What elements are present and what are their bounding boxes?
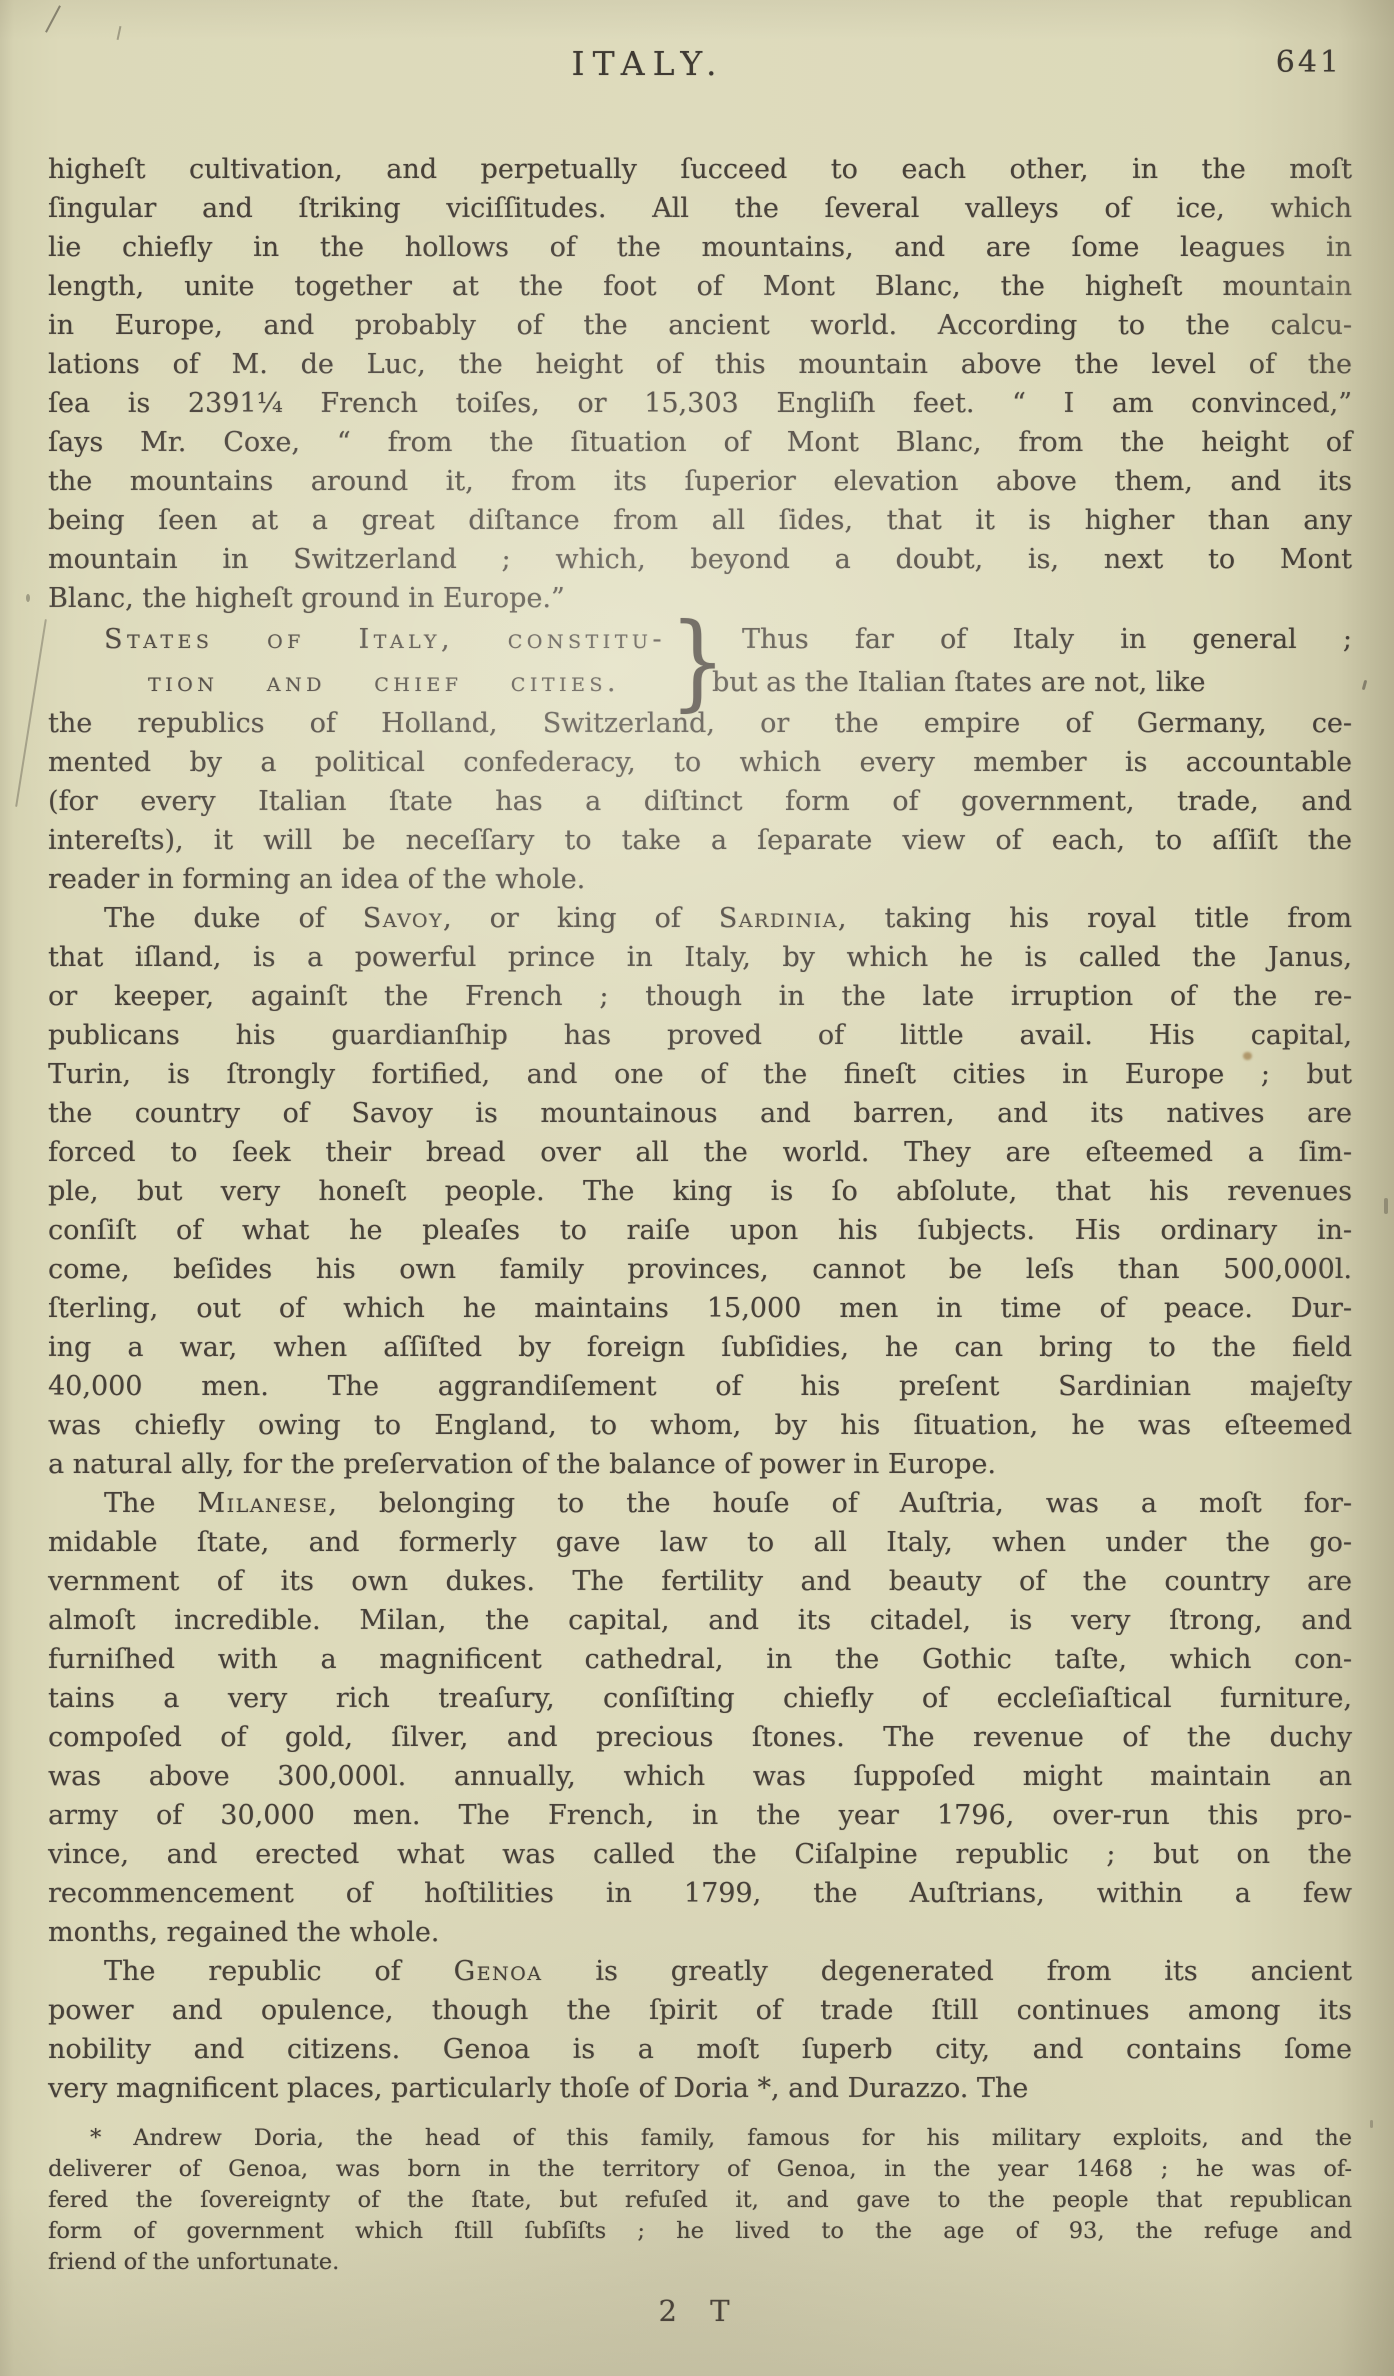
text-line: The Milanese, belonging to the houſe of …	[48, 1484, 1352, 1523]
text-line: power and opulence, though the ſpirit of…	[48, 1991, 1352, 2030]
text-line: Turin, is ſtrongly fortified, and one of…	[48, 1055, 1352, 1094]
paragraph-savoy-sardinia: The duke of Savoy, or king of Sardinia, …	[48, 899, 1352, 1484]
text-line: ple, but very honeſt people. The king is…	[48, 1172, 1352, 1211]
paragraph-genoa: The republic of Genoa is greatly degener…	[48, 1952, 1352, 2108]
running-header: ITALY. 641	[0, 44, 1394, 88]
small-caps-name: Genoa	[454, 1956, 543, 1987]
paragraph-milanese: The Milanese, belonging to the houſe of …	[48, 1484, 1352, 1952]
text-line: was chiefly owing to England, to whom, b…	[48, 1406, 1352, 1445]
text-line: recommencement of hoſtilities in 1799, t…	[48, 1874, 1352, 1913]
text-line: length, unite together at the foot of Mo…	[48, 267, 1352, 306]
text-line: being ſeen at a great diſtance from all …	[48, 501, 1352, 540]
sidehead-text-line: but as the Italian ſtates are not, like	[712, 661, 1352, 704]
small-caps-name: Milanese	[197, 1488, 328, 1519]
sidehead-text-line: Thus far of Italy in general ;	[712, 618, 1352, 661]
text-line: months, regained the whole.	[48, 1913, 1352, 1952]
signature-mark: 2 T	[48, 2292, 1352, 2331]
sidehead-heading-line: tion and chief cities.	[48, 661, 666, 704]
text-line: (for every Italian ſtate has a diſtinct …	[48, 782, 1352, 821]
text-line: mountain in Switzerland ; which, beyond …	[48, 540, 1352, 579]
pencil-stroke-mark	[117, 26, 122, 40]
text-line: ing a war, when aſſiſted by foreign ſubſ…	[48, 1328, 1352, 1367]
footnote-andrew-doria: * Andrew Doria, the head of this family,…	[48, 2123, 1352, 2278]
text-line: intereſts), it will be neceſſary to take…	[48, 821, 1352, 860]
footnote-line: friend of the unfortunate.	[48, 2247, 1352, 2278]
paragraph-italian-states: the republics of Holland, Switzerland, o…	[48, 704, 1352, 899]
small-caps-name: Savoy	[363, 903, 443, 934]
text-line: ſterling, out of which he maintains 15,0…	[48, 1289, 1352, 1328]
scan-speck-mark	[1384, 1198, 1388, 1214]
text-line: very magnificent places, particularly th…	[48, 2069, 1352, 2108]
sidehead-heading: States of Italy, constitu-tion and chief…	[48, 618, 666, 704]
text-line: or keeper, againſt the French ; though i…	[48, 977, 1352, 1016]
text-line: almoſt incredible. Milan, the capital, a…	[48, 1601, 1352, 1640]
page-number: 641	[1276, 45, 1342, 80]
text-line: lations of M. de Luc, the height of this…	[48, 345, 1352, 384]
text-line: in Europe, and probably of the ancient w…	[48, 306, 1352, 345]
text-line: publicans his guardianſhip has proved of…	[48, 1016, 1352, 1055]
text-line: forced to ſeek their bread over all the …	[48, 1133, 1352, 1172]
text-line: compoſed of gold, ſilver, and precious ſ…	[48, 1718, 1352, 1757]
text-line: ſingular and ſtriking viciſſitudes. All …	[48, 189, 1352, 228]
footnote-line: form of government which ſtill ſubſiſts …	[48, 2216, 1352, 2247]
text-line: ſays Mr. Coxe, “ from the ſituation of M…	[48, 423, 1352, 462]
footnote-line: * Andrew Doria, the head of this family,…	[48, 2123, 1352, 2154]
text-line: midable ſtate, and formerly gave law to …	[48, 1523, 1352, 1562]
small-caps-name: Sardinia	[719, 903, 838, 934]
text-line: vince, and erected what was called the C…	[48, 1835, 1352, 1874]
text-line: mented by a political confederacy, to wh…	[48, 743, 1352, 782]
brace-glyph: }	[669, 618, 708, 704]
text-line: the country of Savoy is mountainous and …	[48, 1094, 1352, 1133]
footnote-line: fered the ſovereignty of the ſtate, but …	[48, 2185, 1352, 2216]
text-line: was above 300,000l. annually, which was …	[48, 1757, 1352, 1796]
text-line: the mountains around it, from its ſuperi…	[48, 462, 1352, 501]
text-line: lie chiefly in the hollows of the mounta…	[48, 228, 1352, 267]
pencil-stroke-mark	[45, 5, 61, 32]
text-line: army of 30,000 men. The French, in the y…	[48, 1796, 1352, 1835]
scan-speck-mark	[1362, 680, 1367, 690]
text-line: higheſt cultivation, and perpetually ſuc…	[48, 150, 1352, 189]
footnote-line: deliverer of Genoa, was born in the terr…	[48, 2154, 1352, 2185]
text-line: reader in forming an idea of the whole.	[48, 860, 1352, 899]
scan-speck-mark	[26, 594, 30, 602]
pencil-stroke-mark	[15, 619, 47, 807]
text-line: furniſhed with a magnificent cathedral, …	[48, 1640, 1352, 1679]
sidehead-block: States of Italy, constitu-tion and chief…	[48, 618, 1352, 704]
text-line: a natural ally, for the preſervation of …	[48, 1445, 1352, 1484]
scan-speck-mark	[1370, 2120, 1373, 2128]
text-line: The duke of Savoy, or king of Sardinia, …	[48, 899, 1352, 938]
sidehead-opening-text: Thus far of Italy in general ;but as the…	[712, 618, 1352, 704]
text-line: The republic of Genoa is greatly degener…	[48, 1952, 1352, 1991]
paragraph-mont-blanc: higheſt cultivation, and perpetually ſuc…	[48, 150, 1352, 618]
text-line: vernment of its own dukes. The fertility…	[48, 1562, 1352, 1601]
text-line: 40,000 men. The aggrandiſement of his pr…	[48, 1367, 1352, 1406]
text-line: come, beſides his own family provinces, …	[48, 1250, 1352, 1289]
page-title: ITALY.	[572, 44, 725, 83]
text-line: that iſland, is a powerful prince in Ita…	[48, 938, 1352, 977]
text-line: ſea is 2391¼ French toiſes, or 15,303 En…	[48, 384, 1352, 423]
body-text: higheſt cultivation, and perpetually ſuc…	[48, 150, 1352, 2331]
sidehead-heading-line: States of Italy, constitu-	[48, 618, 666, 661]
text-line: nobility and citizens. Genoa is a moſt ſ…	[48, 2030, 1352, 2069]
text-line: tains a very rich treaſury, conſiſting c…	[48, 1679, 1352, 1718]
text-line: conſiſt of what he pleaſes to raiſe upon…	[48, 1211, 1352, 1250]
book-page-scan: ITALY. 641 higheſt cultivation, and perp…	[0, 0, 1394, 2376]
